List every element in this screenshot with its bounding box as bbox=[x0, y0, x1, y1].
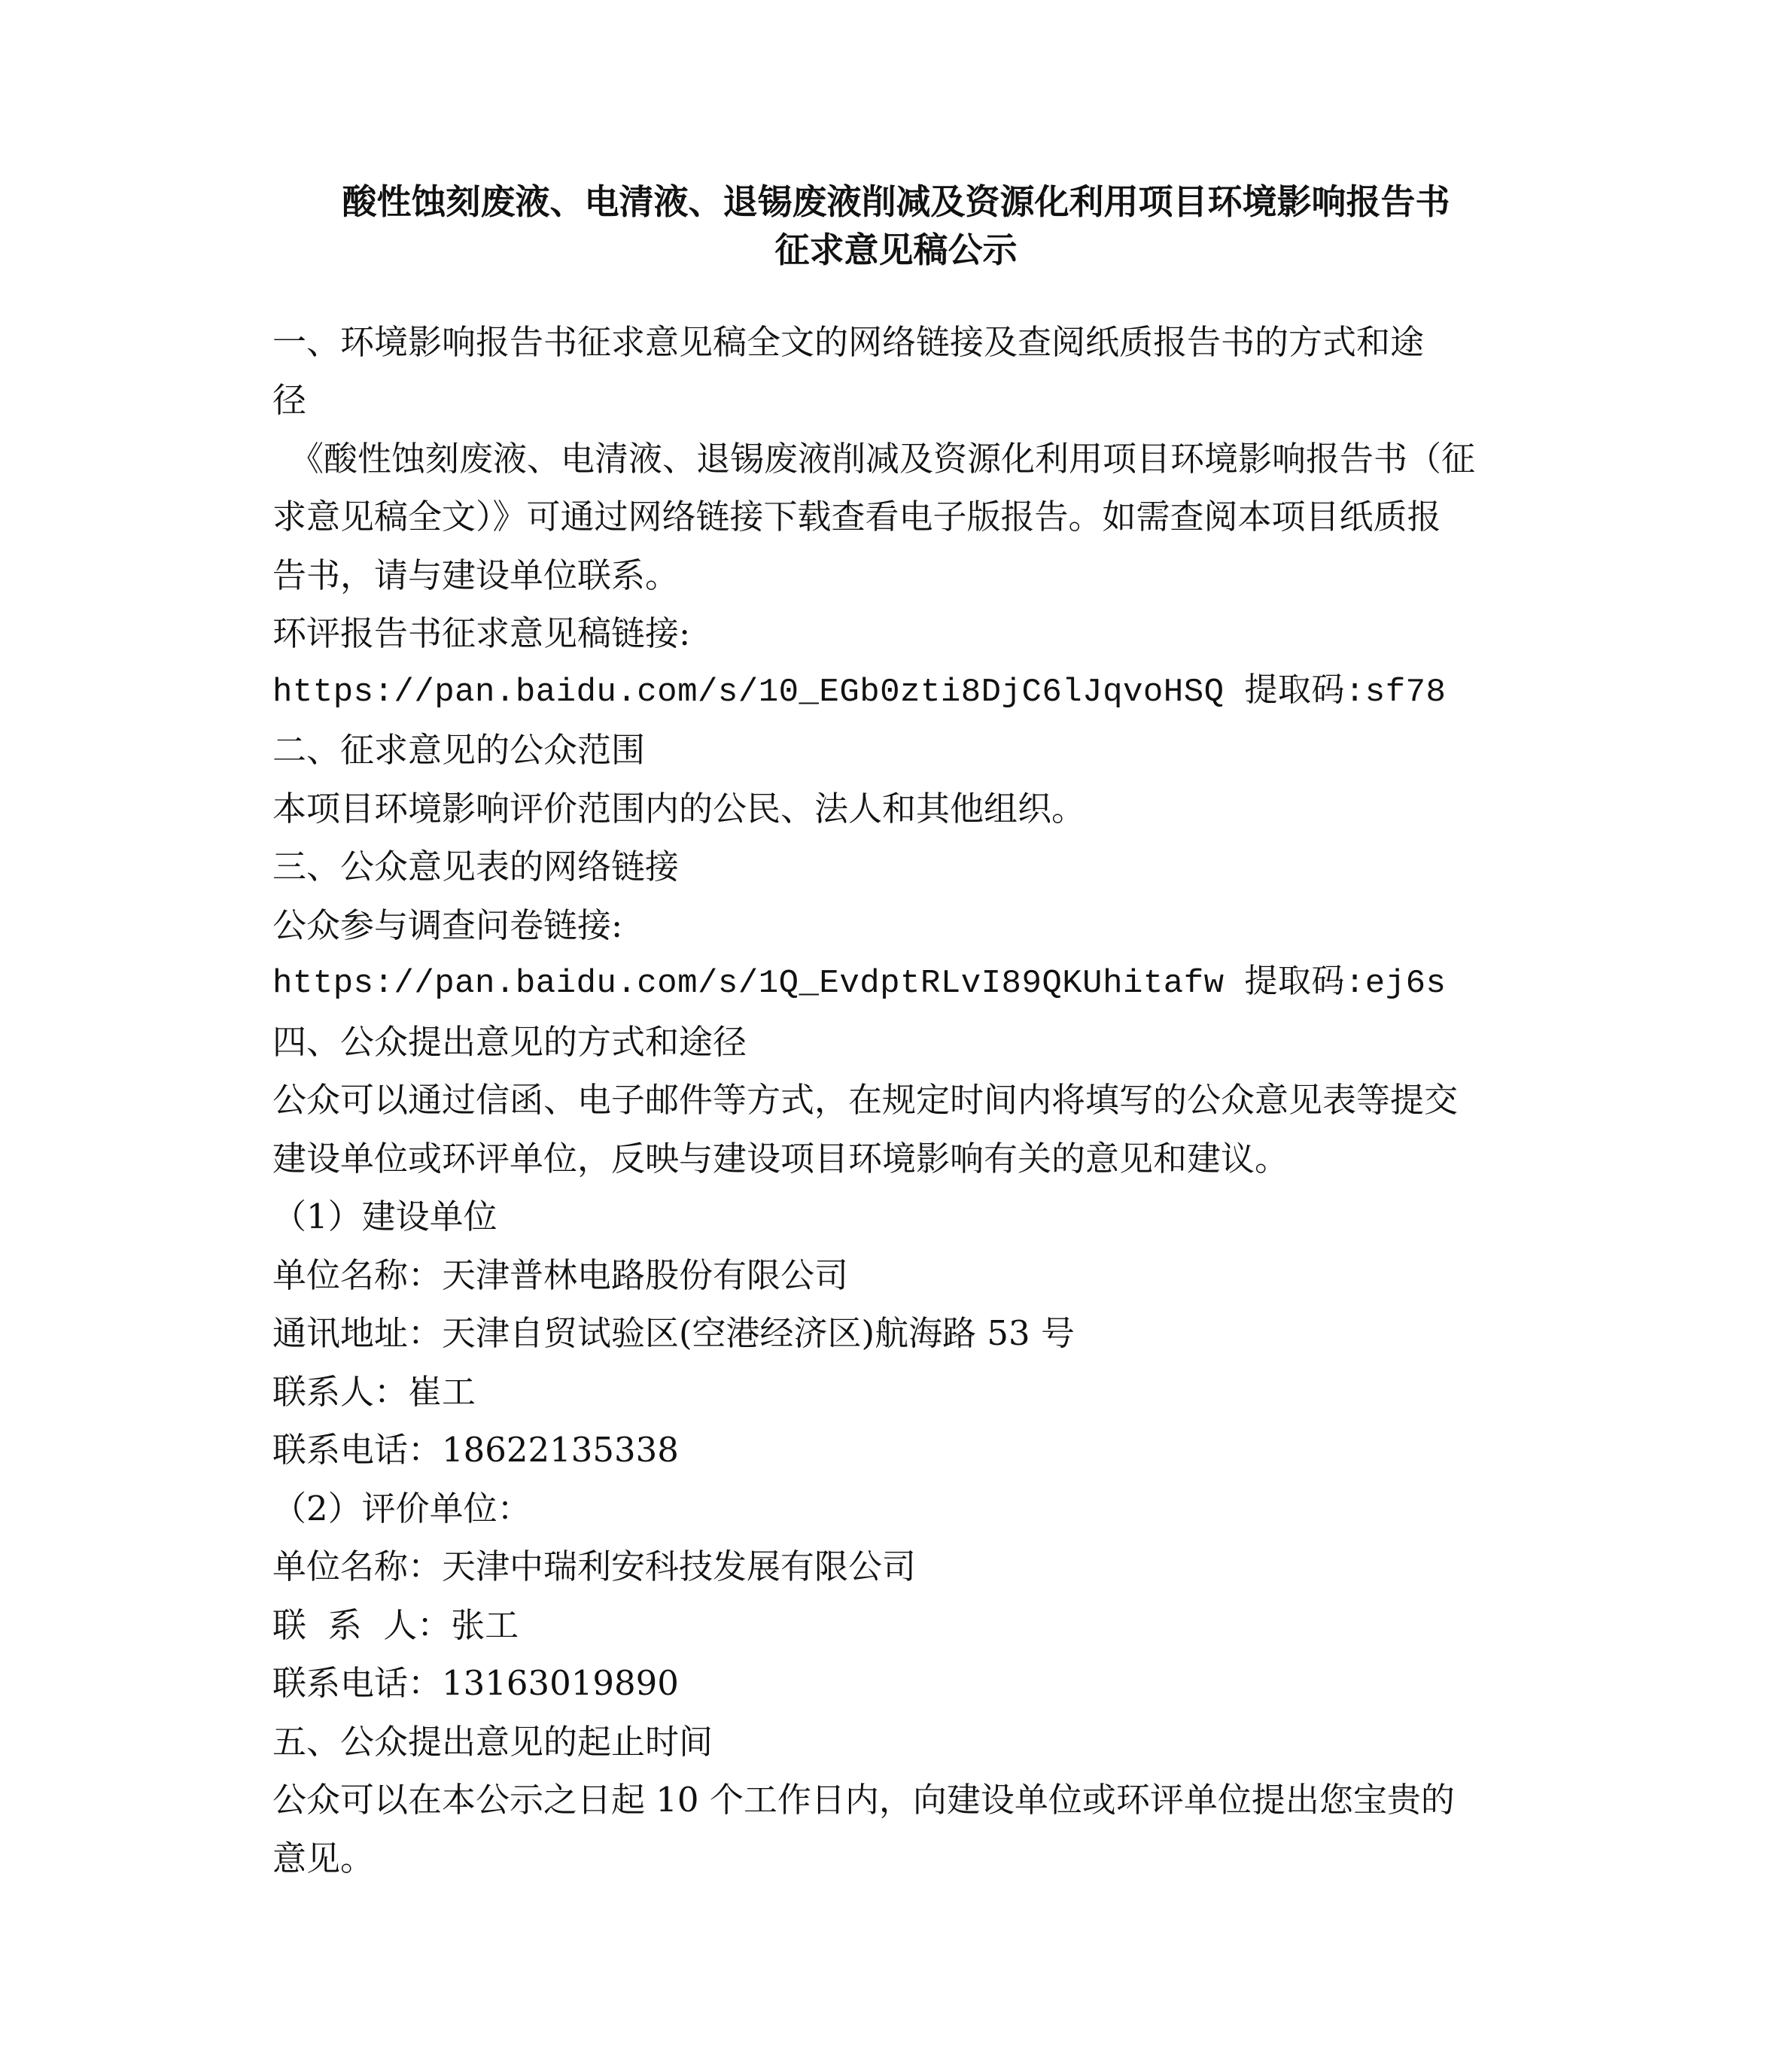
survey-link-label: 公众参与调查问卷链接: bbox=[272, 903, 622, 948]
paragraph-line: 求意见稿全文）》可通过网络链接下载查看电子版报告。如需查阅本项目纸质报 bbox=[272, 494, 1441, 540]
paragraph-line: 本项目环境影响评价范围内的公民、法人和其他组织。 bbox=[272, 786, 1085, 832]
paragraph-line: 意见。 bbox=[272, 1836, 374, 1881]
survey-download-link[interactable]: https://pan.baidu.com/s/1Q_EvdptRLvI89QK… bbox=[272, 961, 1446, 1006]
section-1-heading-cont: 径 bbox=[272, 378, 306, 423]
paragraph-line: 公众可以通过信函、电子邮件等方式，在规定时间内将填写的公众意见表等提交 bbox=[272, 1078, 1458, 1123]
evaluation-unit-name: 单位名称：天津中瑞利安科技发展有限公司 bbox=[272, 1544, 916, 1589]
evaluation-unit-phone: 联系电话：13163019890 bbox=[272, 1661, 679, 1706]
section-4-heading: 四、公众提出意见的方式和途径 bbox=[272, 1020, 747, 1065]
evaluation-unit-contact: 联 系 人：张工 bbox=[272, 1603, 519, 1648]
report-link-label: 环评报告书征求意见稿链接: bbox=[272, 611, 690, 656]
section-3-heading: 三、公众意见表的网络链接 bbox=[272, 844, 679, 890]
paragraph-line: 告书，请与建设单位联系。 bbox=[272, 553, 679, 598]
construction-unit-address: 通讯地址：天津自贸试验区(空港经济区)航海路 53 号 bbox=[272, 1311, 1075, 1356]
section-5-heading: 五、公众提出意见的起止时间 bbox=[272, 1720, 713, 1765]
section-1-heading: 一、环境影响报告书征求意见稿全文的网络链接及查阅纸质报告书的方式和途 bbox=[272, 320, 1424, 365]
document-page: 酸性蚀刻废液、电清液、退锡废液削减及资源化利用项目环境影响报告书 征求意见稿公示… bbox=[0, 0, 1792, 2068]
section-2-heading: 二、征求意见的公众范围 bbox=[272, 728, 645, 773]
construction-unit-phone: 联系电话：18622135338 bbox=[272, 1428, 679, 1473]
construction-unit-heading: （1）建设单位 bbox=[272, 1194, 497, 1239]
construction-unit-contact: 联系人：崔工 bbox=[272, 1370, 476, 1415]
document-title-line-1: 酸性蚀刻废液、电清液、退锡废液削减及资源化利用项目环境影响报告书 bbox=[0, 175, 1792, 224]
document-title-line-2: 征求意见稿公示 bbox=[0, 223, 1792, 272]
paragraph-line: 建设单位或环评单位，反映与建设项目环境影响有关的意见和建议。 bbox=[272, 1136, 1288, 1181]
paragraph-line: 《酸性蚀刻废液、电清液、退锡废液削减及资源化利用项目环境影响报告书（征 bbox=[290, 436, 1475, 482]
paragraph-line: 公众可以在本公示之日起 10 个工作日内，向建设单位或环评单位提出您宝贵的 bbox=[272, 1778, 1455, 1823]
evaluation-unit-heading: （2）评价单位： bbox=[272, 1486, 531, 1531]
report-download-link[interactable]: https://pan.baidu.com/s/10_EGb0zti8DjC6l… bbox=[272, 670, 1446, 715]
construction-unit-name: 单位名称：天津普林电路股份有限公司 bbox=[272, 1253, 848, 1298]
